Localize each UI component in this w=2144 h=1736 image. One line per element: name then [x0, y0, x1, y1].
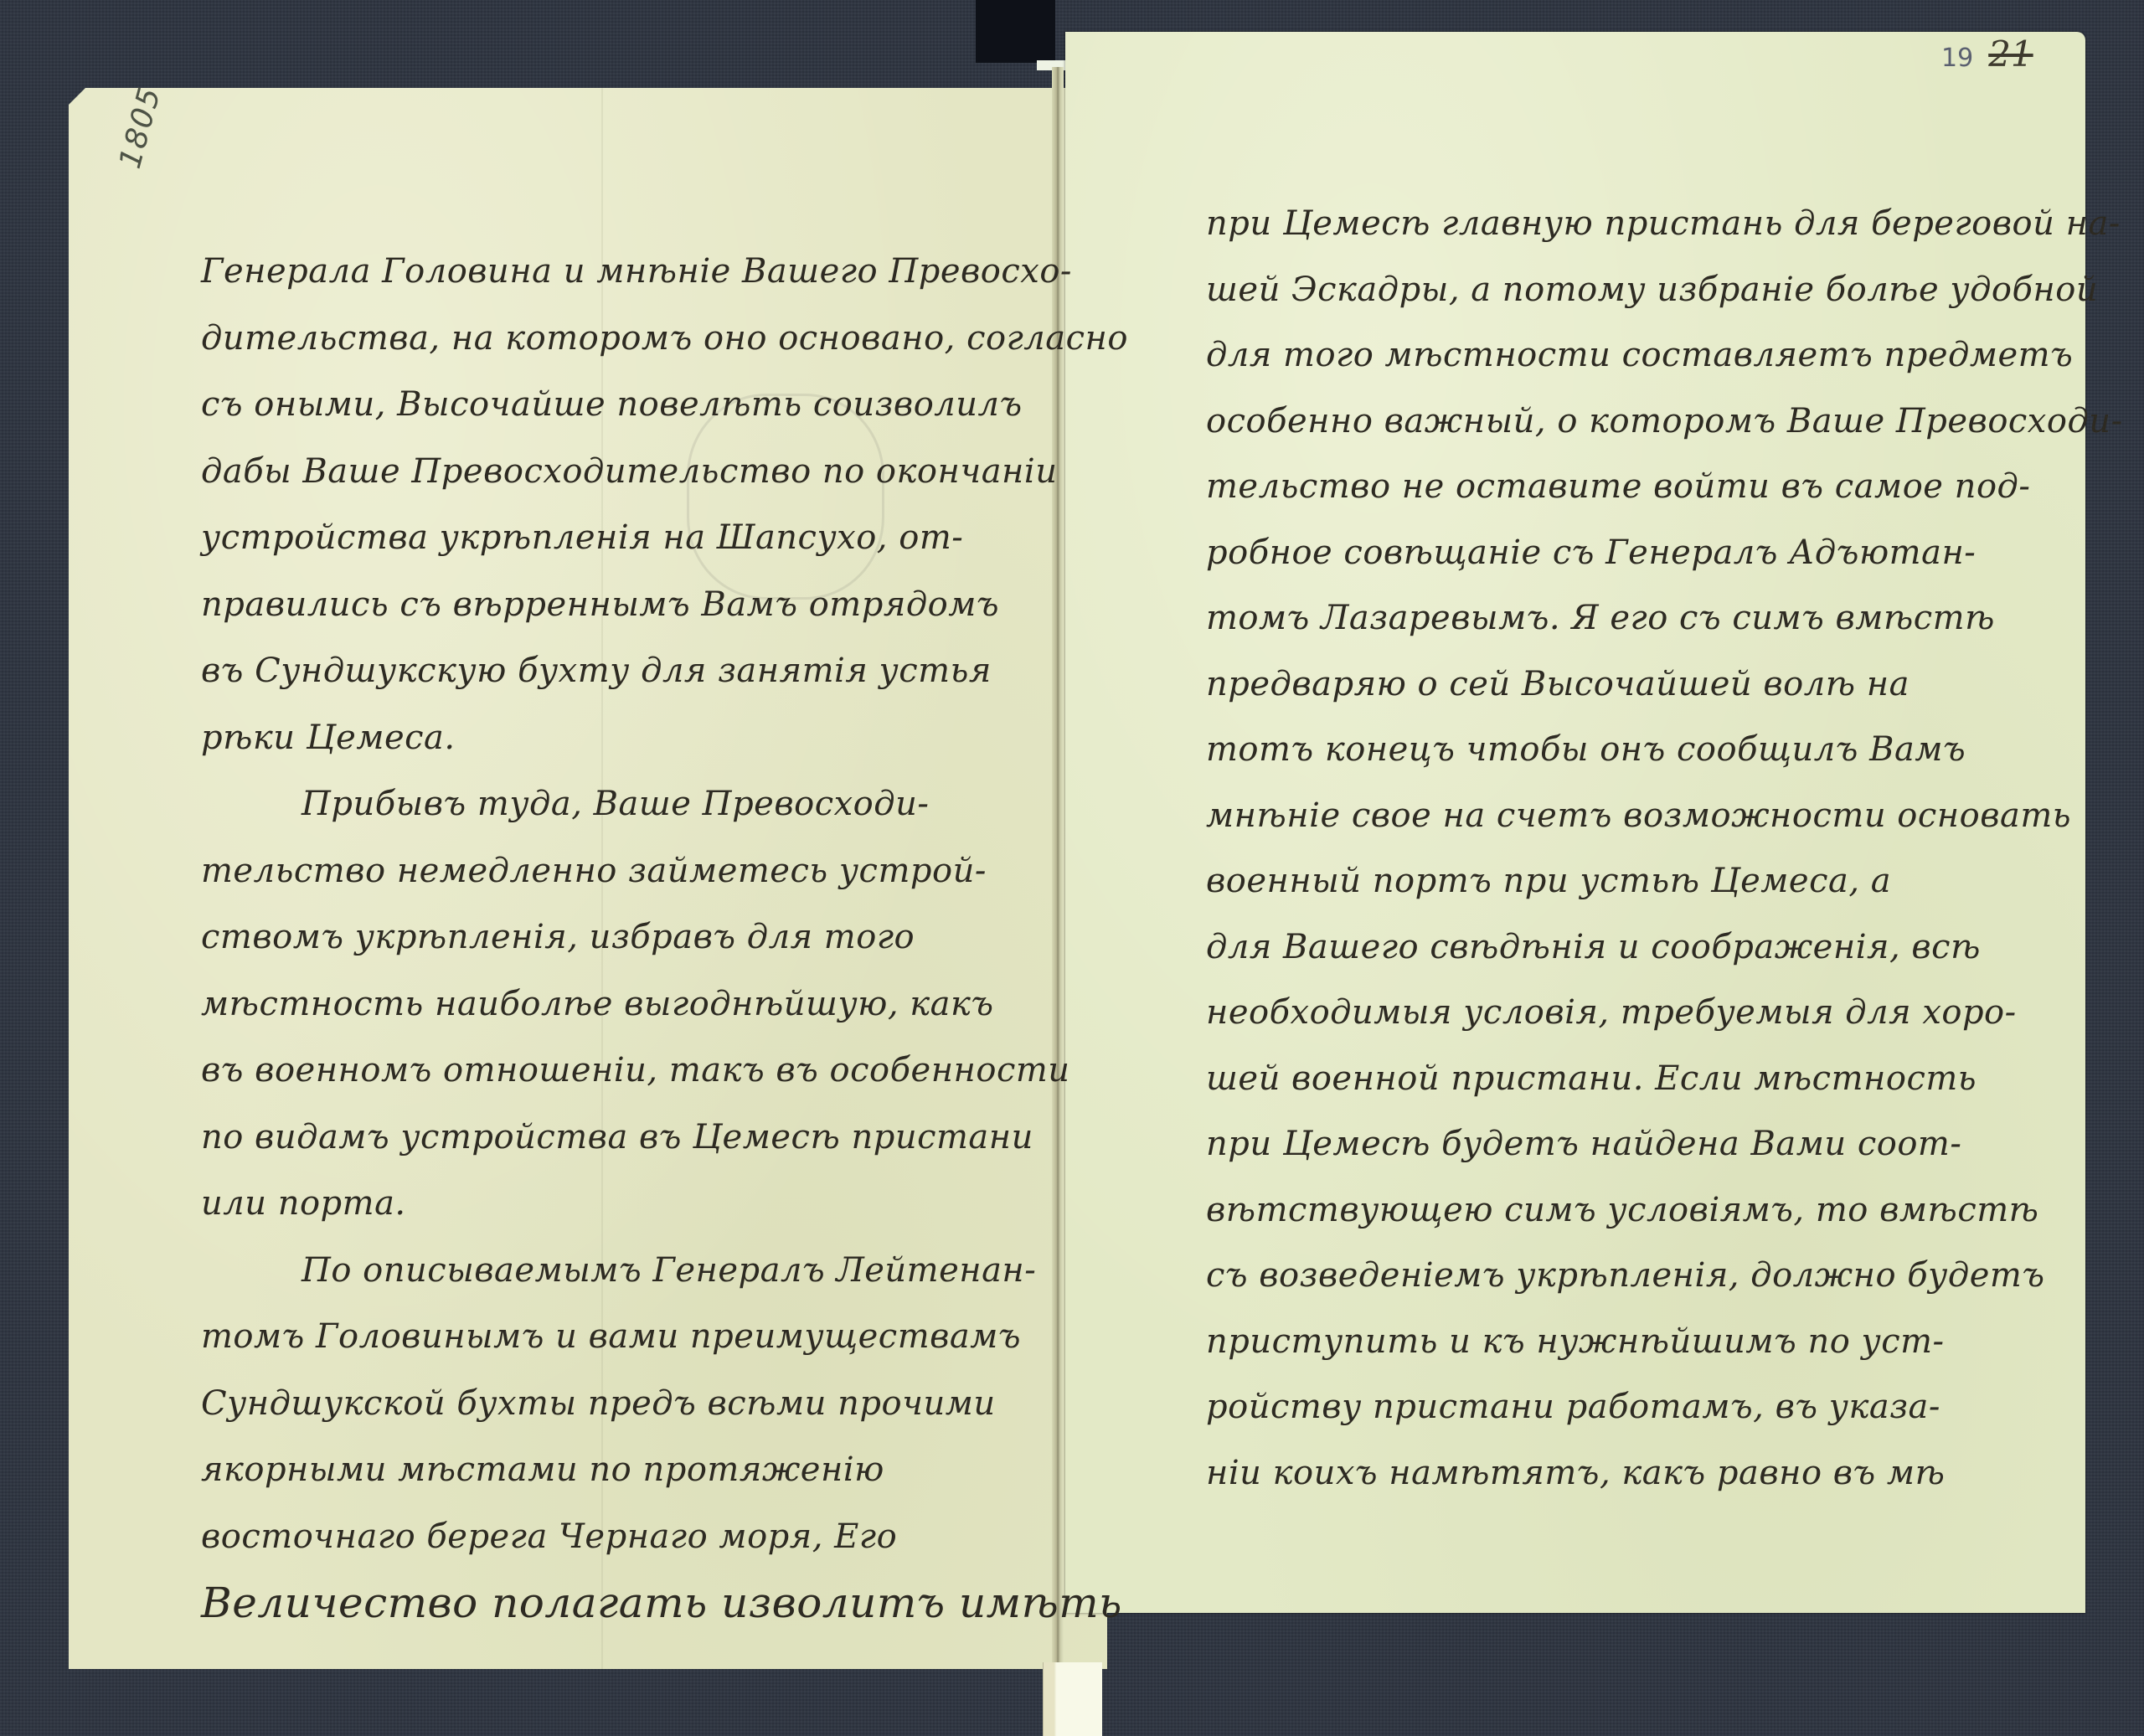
binding-top-strip [976, 0, 1055, 63]
text-line: тельство немедленно займетесь устрой- [201, 838, 1089, 905]
folio-struck-out: 21 [1988, 33, 2033, 75]
text-line: томъ Лазаревымъ. Я его съ симъ вмѣстѣ [1206, 585, 2060, 652]
text-line: мнѣніе свое на счетъ возможности основат… [1206, 783, 2060, 849]
text-line: по видамъ устройства въ Цемесѣ пристани [201, 1105, 1089, 1172]
text-line: ніи коихъ намѣтятъ, какъ равно въ мѣ [1206, 1440, 2060, 1507]
text-line: приступить и къ нужнѣйшимъ по уст- [1206, 1309, 2060, 1375]
text-line: при Цемесѣ будетъ найдена Вами соот- [1206, 1111, 2060, 1177]
text-line: Генерала Головина и мнѣніе Вашего Превос… [201, 239, 1089, 306]
paragraph-start: По описываемымъ Генералъ Лейтенан- [201, 1238, 1089, 1305]
text-line: шей Эскадры, а потому избраніе болѣе удо… [1206, 257, 2060, 323]
text-line: ройству пристани работамъ, въ указа- [1206, 1374, 2060, 1440]
text-line: необходимыя условія, требуемыя для хоро- [1206, 980, 2060, 1046]
text-line: тельство не оставите войти въ самое под- [1206, 454, 2060, 520]
text-line: или порта. [201, 1171, 1089, 1238]
text-line: съ оными, Высочайше повелѣть соизволилъ [201, 372, 1089, 439]
text-line: якорными мѣстами по протяженію [201, 1437, 1089, 1504]
text-line: въ военномъ отношеніи, такъ въ особеннос… [201, 1038, 1089, 1105]
text-line: шей военной пристани. Если мѣстность [1206, 1046, 2060, 1112]
text-line: при Цемесѣ главную пристань для берегово… [1206, 191, 2060, 257]
text-line: особенно важный, о которомъ Ваше Превосх… [1206, 389, 2060, 455]
text-line: устройства укрѣпленія на Шапсухо, от- [201, 505, 1089, 572]
text-line: въ Сундшукскую бухту для занятія устья [201, 638, 1089, 705]
text-line: военный портъ при устьѣ Цемеса, а [1206, 848, 2060, 914]
text-line: для Вашего свѣдѣнія и соображенія, всѣ [1206, 914, 2060, 981]
text-line: восточнаго берега Чернаго моря, Его [201, 1504, 1089, 1571]
paragraph-start: Прибывъ туда, Ваше Превосходи- [201, 771, 1089, 838]
right-page-text: при Цемесѣ главную пристань для берегово… [1206, 191, 2060, 1506]
text-line: для того мѣстности составляетъ предметъ [1206, 322, 2060, 389]
binding-tab-bottom [1043, 1662, 1102, 1736]
text-line: тотъ конецъ чтобы онъ сообщилъ Вамъ [1206, 717, 2060, 783]
left-page-text: Генерала Головина и мнѣніе Вашего Превос… [201, 239, 1089, 1637]
text-line: съ возведеніемъ укрѣпленія, должно будет… [1206, 1243, 2060, 1309]
text-line: Величество полагать изволитъ имѣть [201, 1570, 1089, 1637]
text-line: томъ Головинымъ и вами преимуществамъ [201, 1304, 1089, 1371]
text-line: ствомъ укрѣпленія, избравъ для того [201, 904, 1089, 971]
text-line: правились съ вѣрреннымъ Вамъ отрядомъ [201, 572, 1089, 639]
folio-number: 19 21 [1941, 33, 2033, 75]
text-line: дабы Ваше Превосходительство по окончані… [201, 439, 1089, 506]
text-line: дительства, на которомъ оно основано, со… [201, 306, 1089, 373]
text-line: предваряю о сей Высочайшей волѣ на [1206, 652, 2060, 718]
text-line: вѣтствующею симъ условіямъ, то вмѣстѣ [1206, 1177, 2060, 1244]
text-line: мѣстность наиболѣе выгоднѣйшую, какъ [201, 971, 1089, 1038]
text-line: робное совѣщаніе съ Генералъ Адъютан- [1206, 520, 2060, 586]
text-line: рѣки Цемеса. [201, 705, 1089, 772]
text-line: Сундшукской бухты предъ всѣми прочими [201, 1371, 1089, 1438]
folio-current: 19 [1941, 44, 1973, 73]
